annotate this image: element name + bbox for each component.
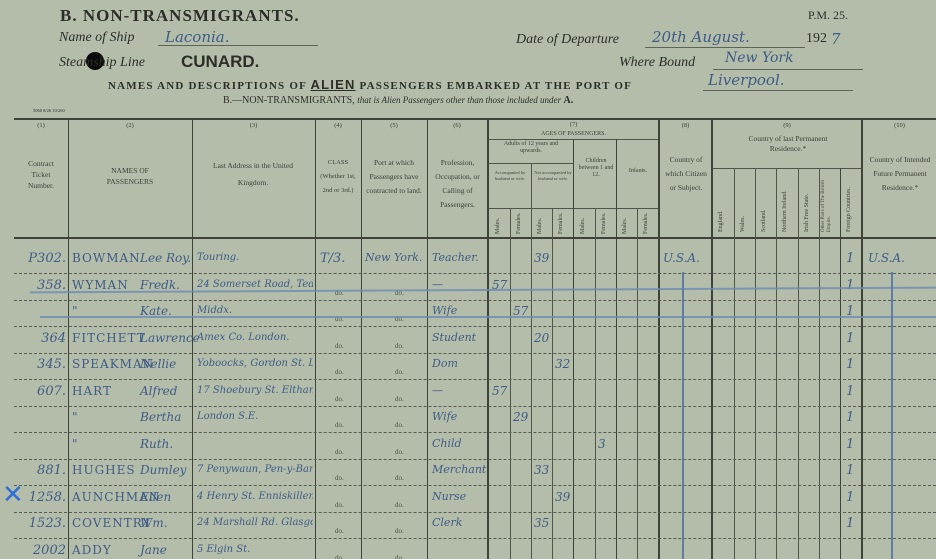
res-foreign-label: Foreign Countries. xyxy=(846,187,852,232)
male-label: Males. xyxy=(580,218,586,234)
res-divider xyxy=(755,168,756,559)
foreign-country-tally: 1 xyxy=(846,437,854,452)
section-title: B. NON-TRANSMIGRANTS. xyxy=(60,6,300,26)
departure-value: 20th August. xyxy=(652,28,750,46)
passenger-surname: WYMAN xyxy=(72,278,129,292)
class-ditto: do. xyxy=(335,554,344,559)
citizenship: U.S.A. xyxy=(663,251,700,265)
last-address: 4 Henry St. Enniskillen xyxy=(197,491,313,502)
last-address: Touring. xyxy=(197,252,313,263)
age-divider xyxy=(637,208,638,559)
departure-year-suffix: 7 xyxy=(831,30,841,48)
res-england-label: England. xyxy=(718,211,724,233)
port-underline xyxy=(703,90,853,91)
col8-number: (8) xyxy=(660,122,711,129)
res-wales-label: Wales. xyxy=(740,216,746,232)
occupation: Nurse xyxy=(432,490,466,503)
age-divider xyxy=(573,139,574,559)
female-label: Females. xyxy=(601,213,607,235)
passenger-age: 33 xyxy=(534,463,549,477)
col2-number: (2) xyxy=(68,122,192,129)
male-label: Males. xyxy=(537,218,543,234)
passenger-given-name: Alfred xyxy=(140,384,177,398)
port-ditto: do. xyxy=(395,554,404,559)
col7-number: (7) xyxy=(489,121,658,128)
female-label: Females. xyxy=(558,213,564,235)
passenger-given-name: Lawrence xyxy=(140,331,200,345)
ship-label: Name of Ship xyxy=(59,30,134,46)
foreign-country-tally: 1 xyxy=(846,278,854,293)
passenger-given-name: Nellie xyxy=(140,357,176,371)
col1-number: (1) xyxy=(14,122,68,129)
subtitle-bold: B.—NON-TRANSMIGRANTS, xyxy=(223,95,355,106)
passenger-age: 35 xyxy=(534,516,549,530)
res-northern-ireland-label: Northern Ireland. xyxy=(782,190,788,232)
col10-heading: Country of Intended Future Permanent Res… xyxy=(864,153,936,195)
male-label: Males. xyxy=(495,218,501,234)
occupation: Student xyxy=(432,331,476,344)
last-address: Amex Co. London. xyxy=(197,332,313,343)
col8-heading: Country of which Citizen or Subject. xyxy=(662,153,710,195)
class-ditto: do. xyxy=(335,421,344,429)
port-value: Liverpool. xyxy=(708,71,785,89)
bound-value: New York xyxy=(725,50,794,66)
passenger-surname: " xyxy=(72,437,79,451)
infants-heading: Infants. xyxy=(618,168,658,175)
passenger-given-name: Ruth. xyxy=(140,437,173,451)
print-code: 5060 8/26 10/260 xyxy=(33,108,65,113)
last-address: 17 Shoebury St. Eltham xyxy=(197,385,313,396)
departure-underline xyxy=(645,47,805,48)
row-rule xyxy=(14,273,936,274)
age-divider xyxy=(595,208,596,559)
departure-label: Date of Departure xyxy=(516,32,619,48)
line-label: Steamship Line xyxy=(59,55,145,71)
last-address: 5 Elgin St. xyxy=(197,544,313,555)
subtitle: B.—NON-TRANSMIGRANTS, that is Alien Pass… xyxy=(223,95,573,106)
ship-underline xyxy=(158,45,318,46)
col2-heading: NAMES OF PASSENGERS xyxy=(92,165,168,187)
passenger-given-name: Dumley xyxy=(140,463,186,477)
ticket-number: 881. xyxy=(18,463,66,478)
row-rule xyxy=(14,432,936,433)
passenger-surname: FITCHETT xyxy=(72,331,146,345)
res-divider xyxy=(819,168,820,559)
passenger-age: 20 xyxy=(534,331,549,345)
bound-underline xyxy=(713,69,863,70)
col-divider xyxy=(315,119,316,559)
col6-heading: Profession, Occupation, or Calling of Pa… xyxy=(428,156,487,212)
col4-heading: CLASS (Whether 1st, 2nd or 3rd.) xyxy=(318,156,358,198)
subtitle-italic: that is Alien Passengers other than thos… xyxy=(357,95,561,105)
class-ditto: do. xyxy=(335,501,344,509)
table-top-rule xyxy=(14,118,936,120)
foreign-country-tally: 1 xyxy=(846,410,854,425)
landing-port: New York. xyxy=(365,251,422,264)
port-ditto: do. xyxy=(395,474,404,482)
male-label: Males. xyxy=(622,218,628,234)
ticket-number: 345. xyxy=(18,357,66,372)
last-address: 7 Penywaun, Pen-y-Bank, Llanelly xyxy=(197,464,313,475)
ticket-number: 364 xyxy=(18,331,66,346)
res-other-british-label: Other Parts of The British Empire. xyxy=(821,172,833,232)
col5-heading: Port at which Passengers have contracted… xyxy=(363,156,425,198)
age-divider xyxy=(510,208,511,559)
x-mark-annotation: ✕ xyxy=(2,480,24,510)
future-residence: U.S.A. xyxy=(868,251,905,265)
passenger-age: 32 xyxy=(555,357,570,371)
class-ditto: do. xyxy=(335,474,344,482)
row-rule xyxy=(14,406,936,407)
foreign-country-tally: 1 xyxy=(846,384,854,399)
col6-number: (6) xyxy=(427,122,487,129)
last-address: 24 Marshall Rd. Glasgow. xyxy=(197,517,313,528)
ticket-number: 1258. xyxy=(18,490,66,505)
col-divider xyxy=(487,119,489,559)
passenger-surname: HART xyxy=(72,384,112,398)
occupation: Merchant xyxy=(432,463,486,476)
port-ditto: do. xyxy=(395,342,404,350)
row-rule xyxy=(14,512,936,513)
passenger-given-name: Fredk. xyxy=(140,278,180,292)
col-divider xyxy=(861,119,863,559)
occupation: — xyxy=(432,384,443,397)
passenger-manifest-page: B. NON-TRANSMIGRANTS. P.M. 25. Name of S… xyxy=(0,0,936,559)
row-rule xyxy=(14,459,936,460)
future-ditto-line xyxy=(891,272,893,559)
passenger-given-name: Wm. xyxy=(140,516,168,530)
strike-line xyxy=(40,316,936,318)
bound-label: Where Bound xyxy=(619,55,695,71)
not-accompanied-heading: Not accompanied by husband or wife. xyxy=(533,170,573,181)
names-title: NAMES AND DESCRIPTIONS OF ALIEN PASSENGE… xyxy=(108,77,632,92)
last-address: 24 Somerset Road, Teddington xyxy=(197,279,313,290)
class-ditto: do. xyxy=(335,342,344,350)
col9-heading: Country of last Permanent Residence.* xyxy=(745,134,831,154)
occupation: Teacher. xyxy=(432,251,479,264)
col5-number: (5) xyxy=(361,122,427,129)
class-ditto: do. xyxy=(335,368,344,376)
row-rule xyxy=(14,326,936,327)
ticket-number: 1523. xyxy=(18,516,66,531)
names-title-suffix: PASSENGERS EMBARKED AT THE PORT OF xyxy=(360,80,633,92)
port-ditto: do. xyxy=(395,527,404,535)
female-label: Females. xyxy=(643,213,649,235)
form-number: P.M. 25. xyxy=(808,8,848,23)
row-rule xyxy=(14,300,936,301)
class-ditto: do. xyxy=(335,448,344,456)
female-label: Females. xyxy=(516,213,522,235)
res-irish-free-state-label: Irish Free State. xyxy=(804,194,810,232)
passenger-surname: BOWMAN xyxy=(72,251,141,265)
col9-number: (9) xyxy=(713,122,861,129)
accompanied-heading: Accompanied by husband or wife. xyxy=(490,170,530,181)
res-scotland-label: Scotland. xyxy=(761,210,767,233)
port-ditto: do. xyxy=(395,395,404,403)
foreign-country-tally: 1 xyxy=(846,490,854,505)
names-title-prefix: NAMES AND DESCRIPTIONS OF xyxy=(108,80,307,92)
passenger-age: 39 xyxy=(534,251,549,265)
passenger-given-name: Bertha xyxy=(140,410,181,424)
foreign-country-tally: 1 xyxy=(846,357,854,372)
passenger-surname: " xyxy=(72,410,79,424)
col10-number: (10) xyxy=(863,122,936,129)
passenger-surname: HUGHES xyxy=(72,463,136,477)
col1-heading: Contract Ticket Number. xyxy=(18,158,64,191)
port-ditto: do. xyxy=(395,368,404,376)
occupation: Wife xyxy=(432,410,457,423)
names-title-alien: ALIEN xyxy=(311,77,356,92)
row-rule xyxy=(14,485,936,486)
foreign-country-tally: 1 xyxy=(846,251,854,266)
class-ditto: do. xyxy=(335,527,344,535)
line-value: CUNARD. xyxy=(181,52,259,72)
passenger-surname: ADDY xyxy=(72,543,112,557)
row-rule xyxy=(14,379,936,380)
age-divider xyxy=(616,139,617,559)
children-heading: Children between 1 and 12. xyxy=(576,158,616,179)
occupation: Child xyxy=(432,437,462,450)
foreign-country-tally: 1 xyxy=(846,331,854,346)
col-divider xyxy=(361,119,362,559)
row-rule xyxy=(14,353,936,354)
occupation: Clerk xyxy=(432,516,462,529)
col-divider xyxy=(68,119,69,559)
passenger-age: 3 xyxy=(598,437,606,451)
col-divider xyxy=(658,119,660,559)
passenger-given-name: Ellen xyxy=(140,490,171,504)
ticket-number: P302. xyxy=(18,251,66,266)
last-address: Yoboocks, Gordon St. London N.W. xyxy=(197,358,313,369)
passenger-age: 39 xyxy=(555,490,570,504)
res-divider xyxy=(734,168,735,559)
passenger-age: 57 xyxy=(492,384,507,398)
passenger-class: T/3. xyxy=(320,251,345,266)
ticket-number: 607. xyxy=(18,384,66,399)
age-divider xyxy=(531,163,532,559)
adults-heading: Adults of 12 years and upwards. xyxy=(496,141,566,155)
port-ditto: do. xyxy=(395,448,404,456)
passenger-given-name: Jane xyxy=(140,543,167,557)
age-divider xyxy=(552,208,553,559)
last-address: London S.E. xyxy=(197,411,313,422)
last-address: Middx. xyxy=(197,305,313,316)
port-ditto: do. xyxy=(395,501,404,509)
class-ditto: do. xyxy=(335,395,344,403)
res-divider xyxy=(798,168,799,559)
col-divider xyxy=(711,119,713,559)
col3-heading: Last Address in the United Kingdom. xyxy=(210,157,296,191)
residence-sub-rule xyxy=(713,168,861,169)
col4-number: (4) xyxy=(315,122,361,129)
ages-heading: AGES OF PASSENGERS. xyxy=(489,131,658,138)
citizen-ditto-line xyxy=(682,272,684,559)
row-rule xyxy=(14,538,936,539)
passenger-given-name: Lee Roy. xyxy=(140,251,191,265)
port-ditto: do. xyxy=(395,421,404,429)
foreign-country-tally: 1 xyxy=(846,516,854,531)
res-divider xyxy=(776,168,777,559)
foreign-country-tally: 1 xyxy=(846,463,854,478)
departure-year-prefix: 192 xyxy=(806,31,827,47)
occupation: Dom xyxy=(432,357,458,370)
col3-number: (3) xyxy=(192,122,315,129)
subtitle-end: A. xyxy=(564,95,574,106)
passenger-age: 29 xyxy=(513,410,528,424)
res-divider xyxy=(840,168,841,559)
ship-value: Laconia. xyxy=(165,28,230,46)
ticket-number: 2002 xyxy=(18,543,66,558)
